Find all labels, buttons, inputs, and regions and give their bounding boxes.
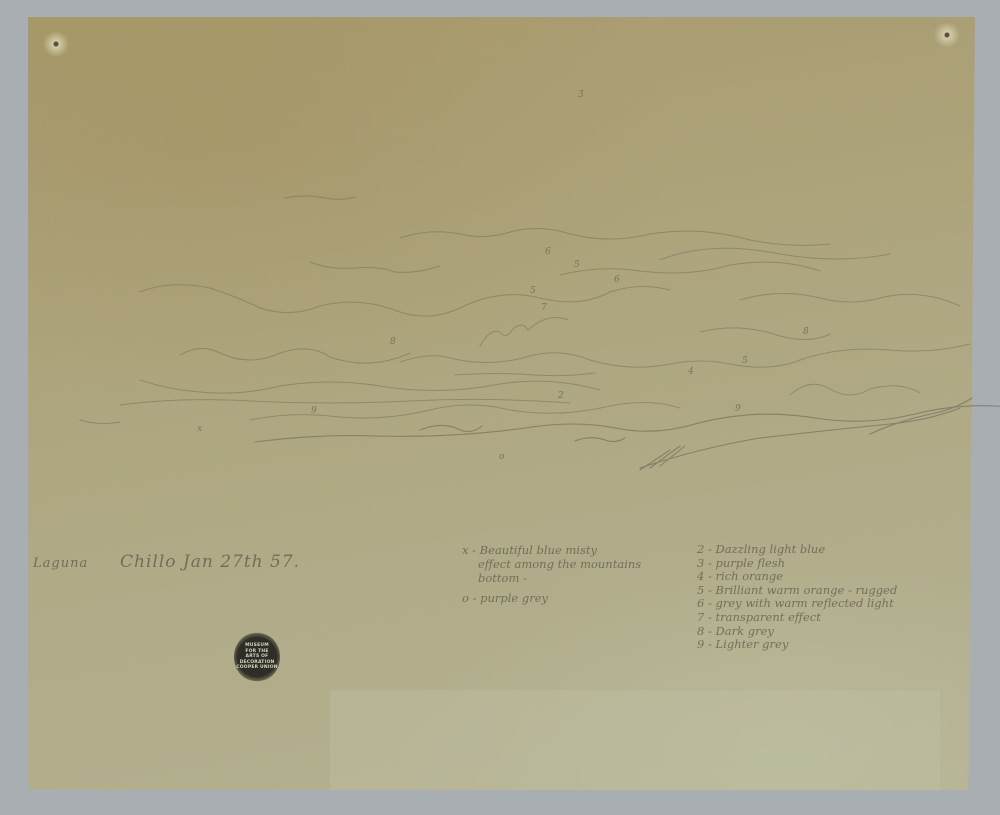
colour-notes-right: 2 - Dazzling light blue 3 - purple flesh… <box>697 543 897 652</box>
stamp-line: COOPER UNION <box>236 665 277 671</box>
note-line: 8 - Dark grey <box>697 625 897 639</box>
note-line: bottom - <box>462 571 641 585</box>
sketch-mark: o <box>499 452 504 462</box>
sketch-mark: x <box>197 424 202 434</box>
museum-collection-stamp: MUSEUM FOR THE ARTS OF DECORATION COOPER… <box>234 632 280 682</box>
sketch-mark: 5 <box>530 286 536 296</box>
sketch-mark: 6 <box>614 275 620 285</box>
note-line: o - purple grey <box>462 591 641 605</box>
colour-notes-left: x - Beautiful blue misty effect among th… <box>462 543 641 605</box>
note-line: 3 - purple flesh <box>697 557 897 571</box>
sketch-mark: 6 <box>545 247 551 257</box>
sketch-mark: 4 <box>688 367 694 377</box>
inscription-place: Laguna <box>33 556 88 571</box>
note-line: 9 - Lighter grey <box>697 638 897 652</box>
sketch-mark: 5 <box>574 260 580 270</box>
sketch-mark: 3 <box>578 90 584 100</box>
note-line: x - Beautiful blue misty <box>462 543 641 557</box>
sketch-mark: 8 <box>390 337 396 347</box>
sketch-mark: 7 <box>541 303 547 313</box>
note-line: 2 - Dazzling light blue <box>697 543 897 557</box>
sketch-mark: 9 <box>311 406 317 416</box>
inscription-location-date: Chillo Jan 27th 57. <box>120 552 300 572</box>
note-line: effect among the mountains <box>462 557 641 571</box>
sketch-mark: 2 <box>558 391 564 401</box>
note-line: 5 - Brilliant warm orange - rugged <box>697 584 897 598</box>
note-line: 4 - rich orange <box>697 570 897 584</box>
mountain-sketch-lines <box>0 0 1000 815</box>
sketch-mark: 5 <box>742 356 748 366</box>
sketch-mark: 8 <box>803 327 809 337</box>
sketch-mark: 9 <box>735 404 741 414</box>
note-line: 7 - transparent effect <box>697 611 897 625</box>
note-line: 6 - grey with warm reflected light <box>697 597 897 611</box>
